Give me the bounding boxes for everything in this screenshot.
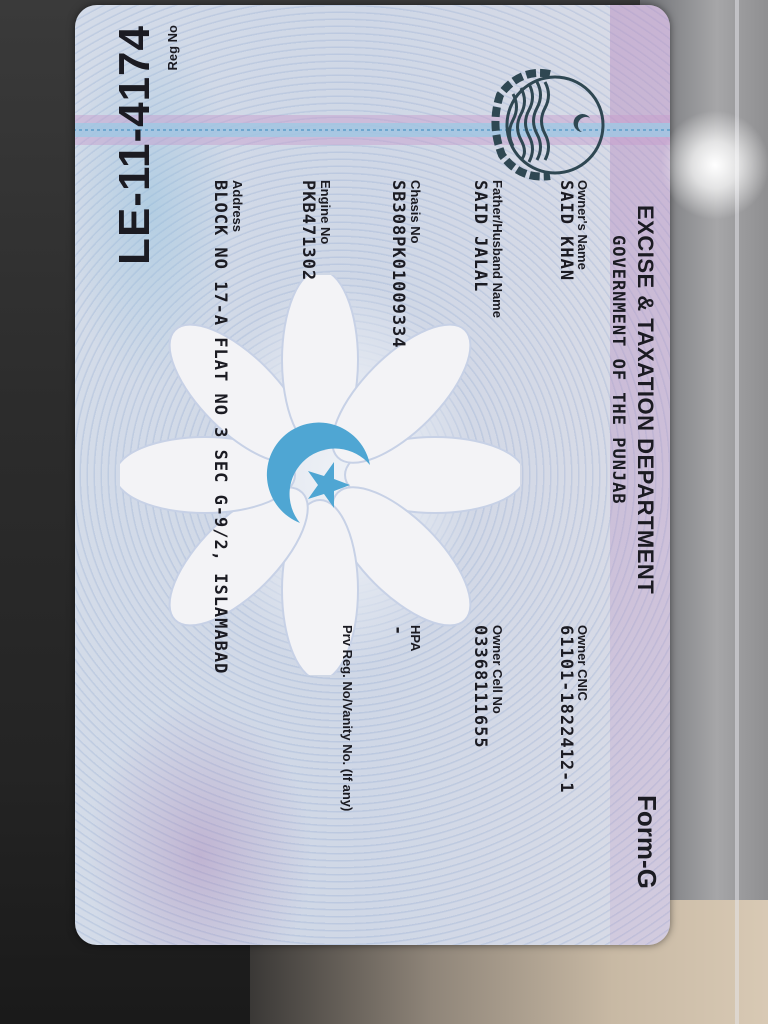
owner-name-label: Owner's Name: [575, 180, 590, 270]
reg-no-label: Reg No: [165, 25, 180, 71]
hpa-value: -: [388, 625, 408, 636]
hpa-label: HPA: [408, 625, 423, 651]
father-name-value: SAID JALAL: [470, 180, 490, 292]
engine-value: PKB471302: [298, 180, 318, 281]
light-glare: [660, 110, 768, 220]
government-subtitle: GOVERNMENT OF THE PUNJAB: [608, 235, 628, 505]
flower-watermark-icon: [120, 275, 520, 675]
form-type: Form-G: [631, 795, 662, 889]
registration-card: EXCISE & TAXATION DEPARTMENT GOVERNMENT …: [75, 5, 670, 945]
chassis-value: SB308PK01009334: [388, 180, 408, 349]
registration-card-frame: EXCISE & TAXATION DEPARTMENT GOVERNMENT …: [75, 5, 670, 945]
address-label: Address: [230, 180, 245, 232]
reg-no-value: LE-11-4174: [110, 25, 160, 265]
owner-name-value: SAID KHAN: [556, 180, 576, 281]
father-name-label: Father/Husband Name: [490, 180, 505, 318]
owner-cell-value: 03368111655: [470, 625, 490, 749]
owner-cell-label: Owner Cell No: [490, 625, 505, 714]
prv-reg-label: Prv Reg. No/Vanity No. (If any): [340, 625, 355, 811]
chassis-label: Chasis No: [408, 180, 423, 244]
punjab-emblem-icon: [490, 60, 620, 190]
address-value: BLOCK NO 17-A FLAT NO 3 SEC G-9/2, ISLAM…: [210, 180, 230, 674]
owner-cnic-value: 61101-1822412-1: [556, 625, 576, 794]
engine-label: Engine No: [318, 180, 333, 244]
department-title: EXCISE & TAXATION DEPARTMENT: [632, 205, 658, 594]
owner-cnic-label: Owner CNIC: [575, 625, 590, 701]
